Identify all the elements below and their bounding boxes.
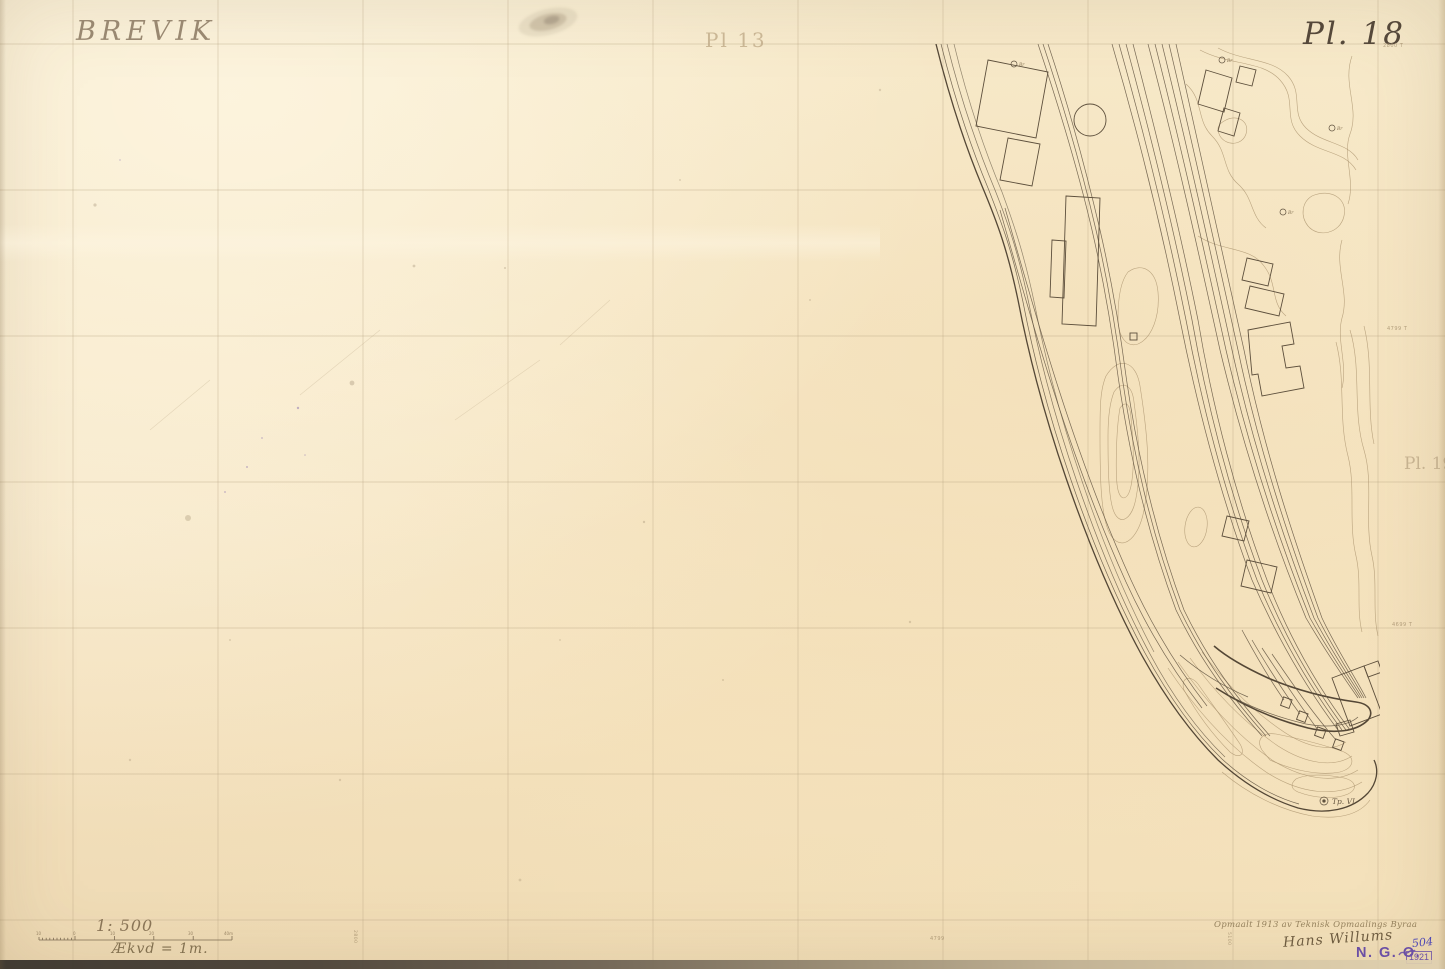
sheet-title: BREVIK (76, 16, 216, 47)
grid-tick-annotation: 4799 (930, 936, 945, 942)
scan-edge-shadow-right (1438, 0, 1445, 969)
well-label: Br (1226, 58, 1233, 64)
scale-tick-label: 20 (149, 931, 155, 936)
buildings (976, 60, 1382, 750)
grid-tick-annotation: 5100 (1226, 932, 1231, 945)
map-drawing: Br Br Br Br Tp. VI (0, 0, 1445, 969)
coordinate-grid (0, 0, 1445, 969)
well-label: Br (1018, 62, 1025, 68)
scan-edge-shadow-bottom (0, 960, 1445, 969)
scan-edge-shadow-left (0, 0, 6, 969)
well-label: Br (1287, 210, 1294, 216)
grid-tick-annotation: 4799 T (1387, 326, 1407, 332)
point-symbol-labels: Br Br Br Br (1018, 58, 1343, 216)
neighbor-plate-top-label: Pl 13 (705, 28, 767, 52)
grid-tick-annotation: 2800 T (1383, 43, 1403, 49)
scale-tick-label: 10 (36, 931, 42, 936)
scale-tick-label: 40m (224, 931, 233, 936)
grid-tick-annotation: 4699 T (1392, 622, 1412, 628)
map-sheet: Br Br Br Br Tp. VI BREVIK Pl 13 Pl. 18 P… (0, 0, 1445, 969)
equidistance-label: Ækvd = 1m. (112, 941, 209, 957)
scale-tick-label: 30 (188, 931, 194, 936)
triangulation-point-label: Tp. VI (1332, 797, 1356, 806)
grid-tick-annotation: 2800 (352, 930, 357, 943)
shoreline (936, 44, 1377, 811)
scale-tick-label: 10 (110, 931, 116, 936)
scale-tick-label: 0 (73, 931, 76, 936)
well-label: Br (1336, 126, 1343, 132)
stamp-archive-number: 504 (1411, 935, 1433, 950)
paper-specks (93, 2, 911, 881)
